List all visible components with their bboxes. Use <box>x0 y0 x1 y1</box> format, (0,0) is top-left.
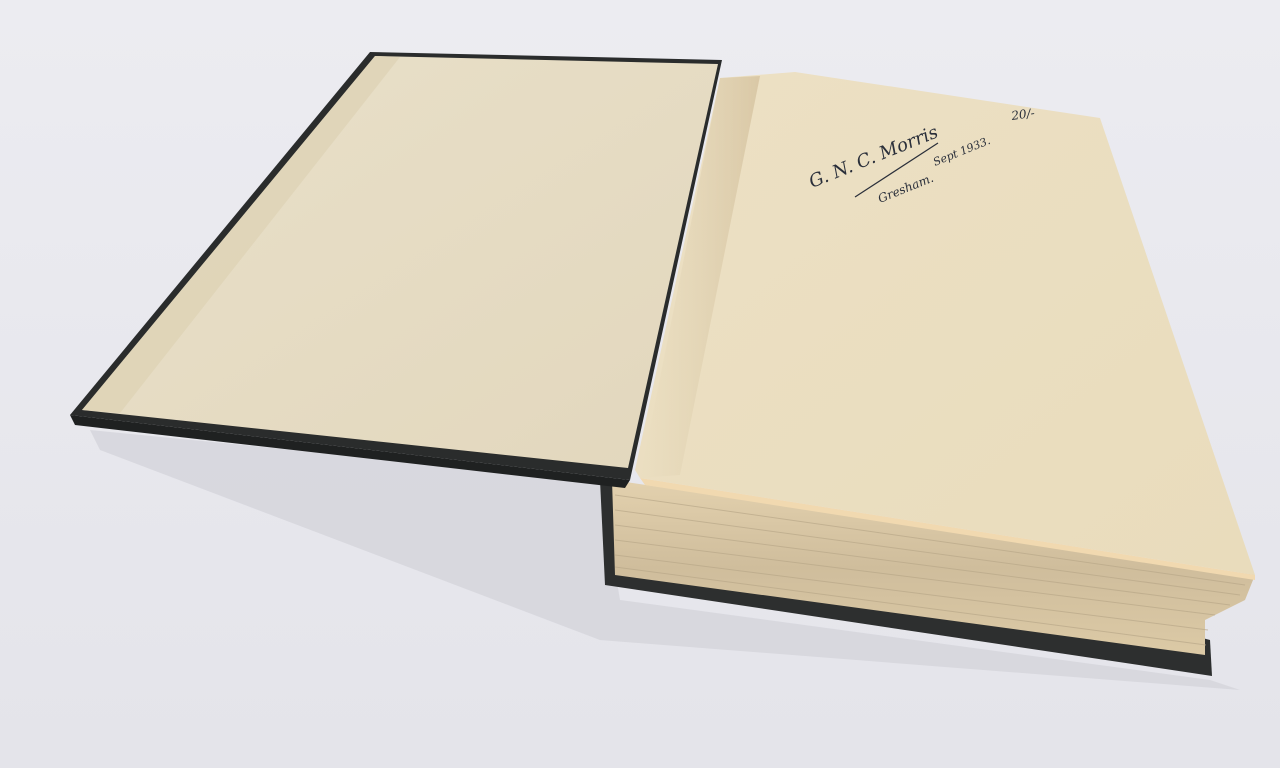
book-photo: G. N. C. Morris Gresham. Sept 1933. 20/- <box>0 0 1280 768</box>
book-illustration: G. N. C. Morris Gresham. Sept 1933. 20/- <box>0 0 1280 768</box>
